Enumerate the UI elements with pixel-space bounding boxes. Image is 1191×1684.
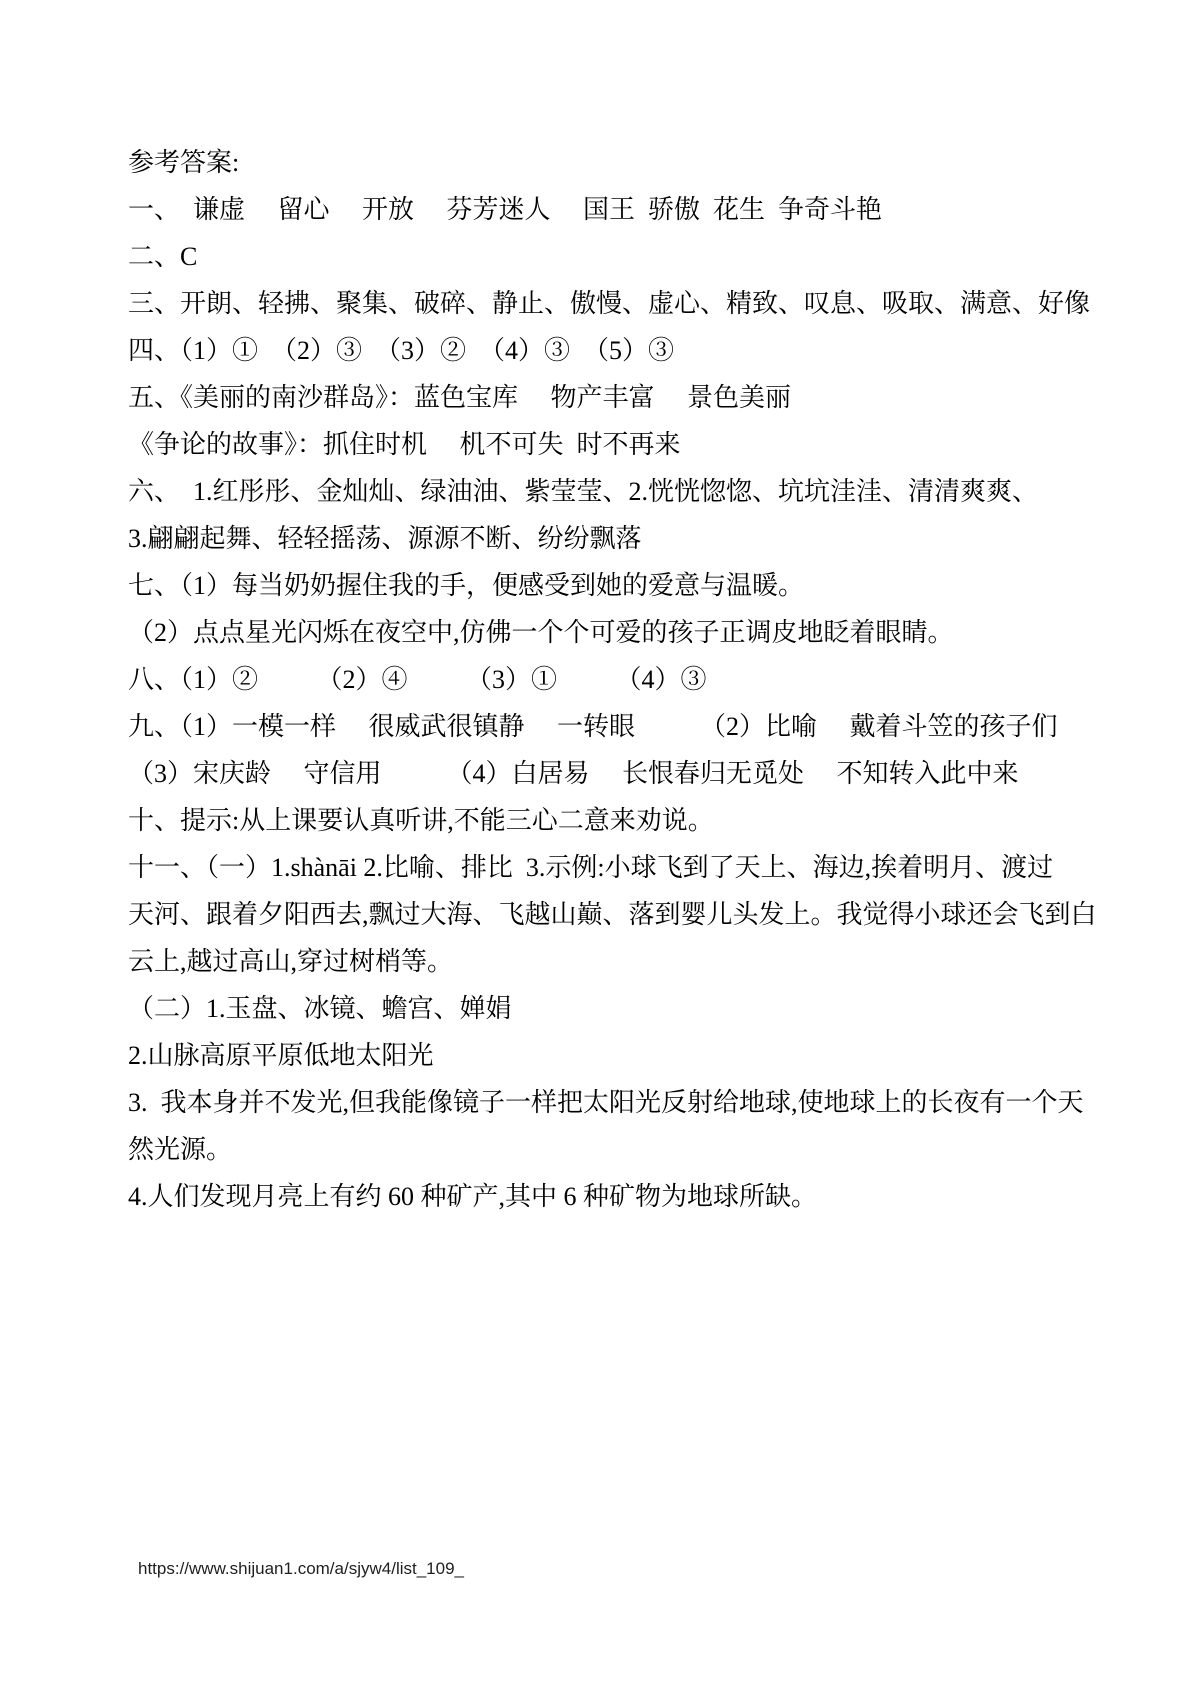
answer-key-content: 参考答案: 一、 谦虚 留心 开放 芬芳迷人 国王 骄傲 花生 争奇斗艳二、C三… [128,139,1093,1220]
answer-line: 九、（1）一模一样 很威武很镇静 一转眼 （2）比喻 戴着斗笠的孩子们 [128,703,1093,750]
answer-line: 六、 1.红彤彤、金灿灿、绿油油、紫莹莹、2.恍恍惚惚、坑坑洼洼、清清爽爽、 [128,468,1093,515]
answer-line: （3）宋庆龄 守信用 （4）白居易 长恨春归无觅处 不知转入此中来 [128,750,1093,797]
answer-line: （二）1.玉盘、冰镜、蟾宫、婵娟 [128,985,1093,1032]
answer-line: 4.人们发现月亮上有约 60 种矿产,其中 6 种矿物为地球所缺。 [128,1173,1093,1220]
answer-line: 一、 谦虚 留心 开放 芬芳迷人 国王 骄傲 花生 争奇斗艳 [128,186,1093,233]
answer-line: 七、（1）每当奶奶握住我的手，便感受到她的爱意与温暖。 [128,562,1093,609]
answer-line: 2.山脉高原平原低地太阳光 [128,1032,1093,1079]
answer-line: 然光源。 [128,1126,1093,1173]
answer-line: 二、C [128,233,1093,280]
source-url: https://www.shijuan1.com/a/sjyw4/list_10… [138,1558,464,1580]
answer-lines: 一、 谦虚 留心 开放 芬芳迷人 国王 骄傲 花生 争奇斗艳二、C三、开朗、轻拂… [128,186,1093,1220]
answer-line: 云上,越过高山,穿过树梢等。 [128,938,1093,985]
answer-line: 《争论的故事》：抓住时机 机不可失 时不再来 [128,421,1093,468]
answer-line: 八、（1）② （2）④ （3）① （4）③ [128,656,1093,703]
answer-line: 3.翩翩起舞、轻轻摇荡、源源不断、纷纷飘落 [128,515,1093,562]
answer-line: 十、提示:从上课要认真听讲,不能三心二意来劝说。 [128,797,1093,844]
page-title: 参考答案: [128,139,1093,186]
answer-line: 十一、（一）1.shànāi 2.比喻、排比 3.示例:小球飞到了天上、海边,挨… [128,844,1093,891]
document-page: 参考答案: 一、 谦虚 留心 开放 芬芳迷人 国王 骄傲 花生 争奇斗艳二、C三… [0,0,1191,1684]
answer-line: 四、（1）① （2）③ （3）② （4）③ （5）③ [128,327,1093,374]
answer-line: 3. 我本身并不发光,但我能像镜子一样把太阳光反射给地球,使地球上的长夜有一个天 [128,1079,1093,1126]
answer-line: 三、开朗、轻拂、聚集、破碎、静止、傲慢、虚心、精致、叹息、吸取、满意、好像 [128,280,1093,327]
answer-line: （2）点点星光闪烁在夜空中,仿佛一个个可爱的孩子正调皮地眨着眼睛。 [128,609,1093,656]
answer-line: 天河、跟着夕阳西去,飘过大海、飞越山巅、落到婴儿头发上。我觉得小球还会飞到白 [128,891,1093,938]
answer-line: 五、《美丽的南沙群岛》：蓝色宝库 物产丰富 景色美丽 [128,374,1093,421]
